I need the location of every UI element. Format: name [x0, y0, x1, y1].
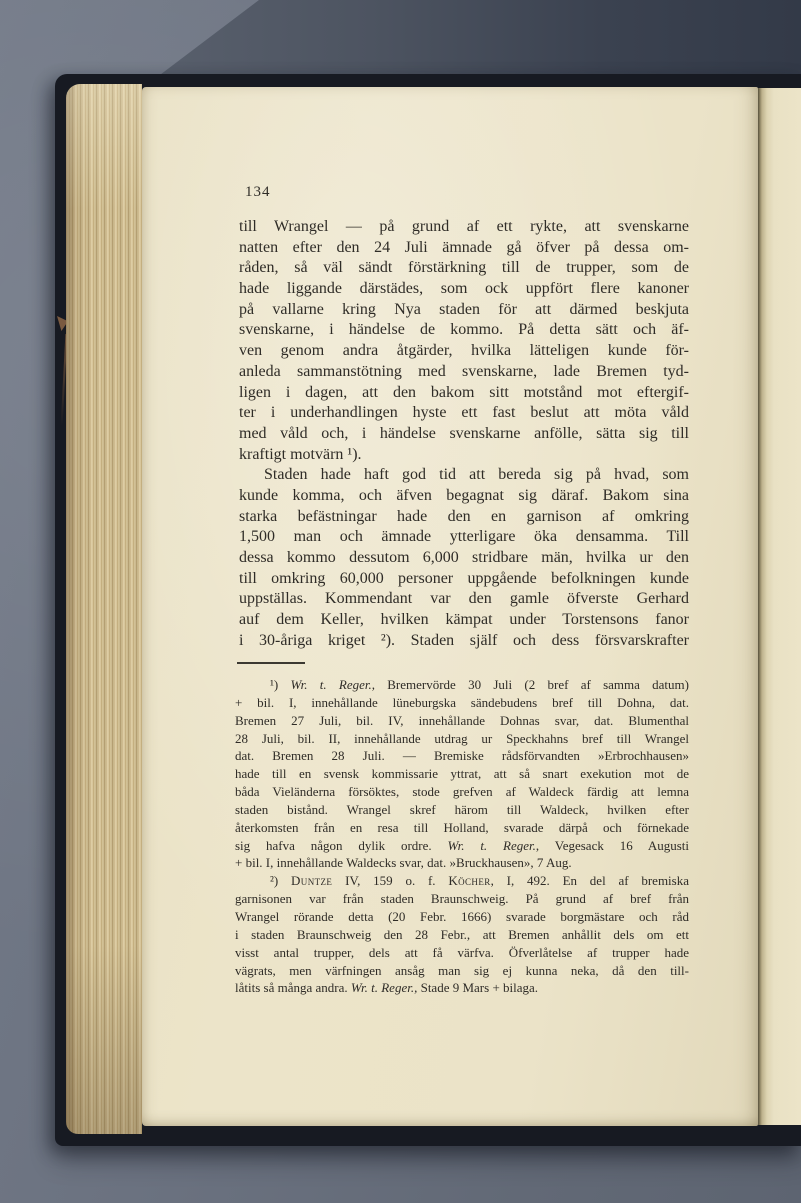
text-line: svenskarne, i händelse de kommo. På dett… [239, 320, 689, 341]
text-line: vägrats, men värfningen ansåg man sig ej… [235, 962, 689, 980]
text-line: ²) Duntze IV, 159 o. f. Köcher, I, 492. … [235, 872, 689, 890]
text-line: dat. Bremen 28 Juli. — Bremiske rådsförv… [235, 747, 689, 765]
text-line: ven genom andra åtgärder, hvilka lätteli… [239, 341, 689, 362]
text-line: kunde komma, och äfven begagnat sig dära… [239, 486, 689, 507]
text-line: båda Vieländerna försöktes, stode grefve… [235, 783, 689, 801]
text-line: sig hafva någon dylik ordre. Wr. t. Rege… [235, 837, 689, 855]
text-line: anleda sammanstötning med svenskarne, la… [239, 362, 689, 383]
text-line: 1,500 man och ämnade ytterligare öka den… [239, 527, 689, 548]
footnotes: ¹) Wr. t. Reger., Bremervörde 30 Juli (2… [235, 676, 689, 997]
text-line: hade till en svensk kommissarie yttrat, … [235, 765, 689, 783]
text-line: Staden hade haft god tid att bereda sig … [239, 465, 689, 486]
text-line: Wrangel rörande detta (20 Febr. 1666) sv… [235, 908, 689, 926]
text-line: med våld och, i händelse svenskarne anfö… [239, 424, 689, 445]
paragraph-staden: Staden hade haft god tid att bereda sig … [239, 465, 689, 651]
text-line: dessa kommo dessutom 6,000 stridbare män… [239, 548, 689, 569]
text-line: + bil. I, innehållande Waldecks svar, da… [235, 854, 689, 872]
text-line: på vallarne kring Nya staden för att där… [239, 300, 689, 321]
text-line: Bremen 27 Juli, bil. IV, innehållande Do… [235, 712, 689, 730]
text-line: låtits så många andra. Wr. t. Reger., St… [235, 979, 689, 997]
text-line: garnisonen var från staden Braunschweig.… [235, 890, 689, 908]
text-line: i staden Braunschweig den 28 Febr., att … [235, 926, 689, 944]
text-line: visst antal trupper, dels att få värfva.… [235, 944, 689, 962]
text-line: ligen i dagen, att den bakom sitt motstå… [239, 383, 689, 404]
paragraph-continuation: till Wrangel — på grund af ett rykte, at… [239, 217, 689, 465]
text-line: 28 Juli, bil. II, innehållande utdrag ur… [235, 730, 689, 748]
text-line: i 30-åriga kriget ²). Staden själf och d… [239, 631, 689, 652]
footnote-1: ¹) Wr. t. Reger., Bremervörde 30 Juli (2… [235, 676, 689, 872]
text-line: auf dem Keller, hvilken kämpat under Tor… [239, 610, 689, 631]
open-book-photo: 134 till Wrangel — på grund af ett rykte… [0, 0, 801, 1203]
book-page: 134 till Wrangel — på grund af ett rykte… [142, 87, 758, 1126]
text-line: till Wrangel — på grund af ett rykte, at… [239, 217, 689, 238]
text-line: återkomsten från en resa till Holland, s… [235, 819, 689, 837]
text-line: ter i underhandlingen hyste ett fast bes… [239, 403, 689, 424]
text-line: natten efter den 24 Juli ämnade gå öfver… [239, 238, 689, 259]
footnote-separator [237, 662, 305, 664]
facing-page-gutter [758, 88, 801, 1125]
text-line: starka befästningar hade den en garnison… [239, 507, 689, 528]
text-line: råden, så väl sändt förstärkning till de… [239, 258, 689, 279]
page-fore-edges [66, 84, 142, 1134]
text-line: ¹) Wr. t. Reger., Bremervörde 30 Juli (2… [235, 676, 689, 694]
text-line: hade liggande därstädes, som ock uppfört… [239, 279, 689, 300]
text-line: kraftigt motvärn ¹). [239, 445, 689, 466]
text-line: + bil. I, innehållande lüneburgska sände… [235, 694, 689, 712]
text-line: till omkring 60,000 personer uppgående b… [239, 569, 689, 590]
footnote-2: ²) Duntze IV, 159 o. f. Köcher, I, 492. … [235, 872, 689, 997]
page-number: 134 [245, 184, 271, 201]
text-line: uppställas. Kommendant var den gamle öfv… [239, 589, 689, 610]
body-text: till Wrangel — på grund af ett rykte, at… [239, 217, 689, 651]
text-line: staden bistånd. Wrangel skref härom till… [235, 801, 689, 819]
